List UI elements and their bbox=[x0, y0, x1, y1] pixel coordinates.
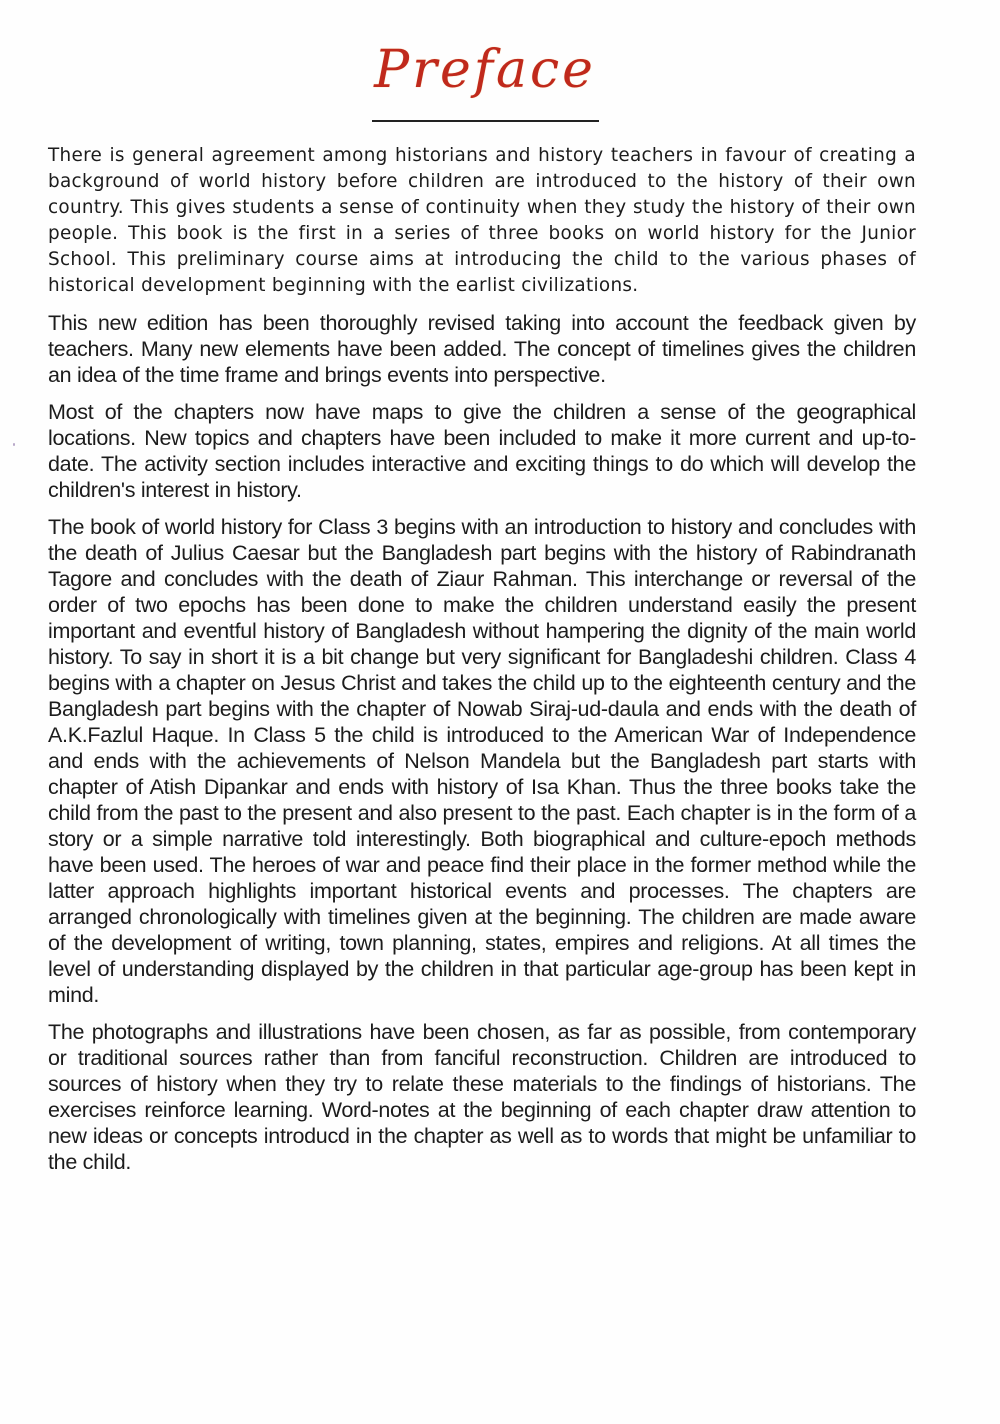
paragraph-new-edition: This new edition has been thoroughly rev… bbox=[48, 310, 916, 388]
title-underline bbox=[372, 120, 599, 122]
preface-page: Preface There is general agreement among… bbox=[0, 0, 1000, 1424]
scan-speck bbox=[13, 443, 15, 446]
paragraph-maps: Most of the chapters now have maps to gi… bbox=[48, 399, 916, 503]
paragraph-intro: There is general agreement among histori… bbox=[48, 143, 916, 299]
paragraph-book-structure: The book of world history for Class 3 be… bbox=[48, 514, 916, 1008]
preface-body: There is general agreement among histori… bbox=[48, 143, 916, 1186]
title-container: Preface bbox=[0, 38, 1000, 102]
page-title: Preface bbox=[374, 38, 596, 102]
paragraph-photographs: The photographs and illustrations have b… bbox=[48, 1019, 916, 1175]
